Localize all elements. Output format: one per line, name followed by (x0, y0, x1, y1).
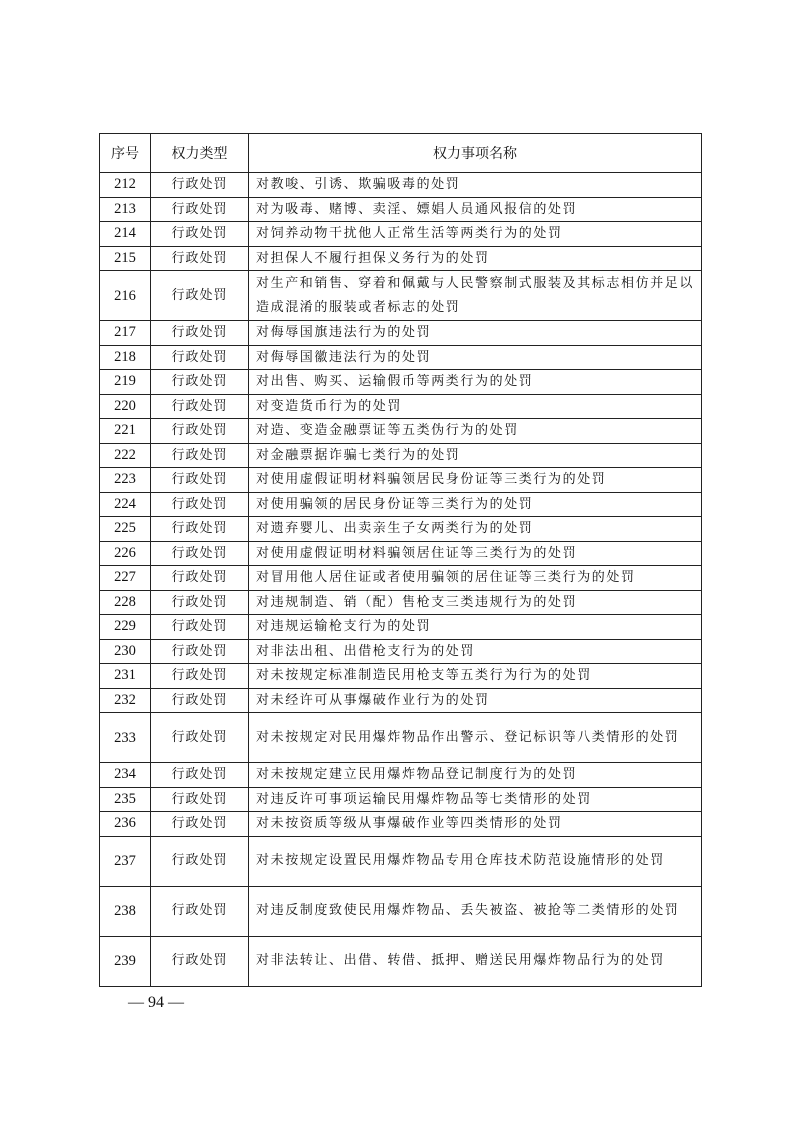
power-item-name-cell: 对担保人不履行担保义务行为的处罚 (249, 246, 702, 271)
power-item-name-cell: 对未按规定对民用爆炸物品作出警示、登记标识等八类情形的处罚 (249, 713, 702, 763)
power-item-name-cell: 对违规制造、销（配）售枪支三类违规行为的处罚 (249, 590, 702, 615)
header-power-item-name: 权力事项名称 (249, 134, 702, 173)
power-item-name-cell: 对非法转让、出借、转借、抵押、赠送民用爆炸物品行为的处罚 (249, 936, 702, 986)
table-row: 218行政处罚对侮辱国徽违法行为的处罚 (100, 345, 702, 370)
serial-number-cell: 233 (100, 713, 151, 763)
serial-number-cell: 225 (100, 517, 151, 542)
power-type-cell: 行政处罚 (151, 541, 249, 566)
table-row: 232行政处罚对未经许可从事爆破作业行为的处罚 (100, 688, 702, 713)
power-item-name-cell: 对教唆、引诱、欺骗吸毒的处罚 (249, 173, 702, 198)
table-row: 221行政处罚对造、变造金融票证等五类伪行为的处罚 (100, 419, 702, 444)
table-row: 213行政处罚对为吸毒、赌博、卖淫、嫖娼人员通风报信的处罚 (100, 197, 702, 222)
page-number: — 94 — (128, 994, 184, 1012)
table-row: 236行政处罚对未按资质等级从事爆破作业等四类情形的处罚 (100, 812, 702, 837)
power-item-name-cell: 对出售、购买、运输假币等两类行为的处罚 (249, 370, 702, 395)
power-type-cell: 行政处罚 (151, 271, 249, 321)
power-type-cell: 行政处罚 (151, 639, 249, 664)
power-type-cell: 行政处罚 (151, 321, 249, 346)
power-item-name-cell: 对违规运输枪支行为的处罚 (249, 615, 702, 640)
serial-number-cell: 214 (100, 222, 151, 247)
power-item-name-cell: 对使用虚假证明材料骗领居住证等三类行为的处罚 (249, 541, 702, 566)
serial-number-cell: 238 (100, 886, 151, 936)
power-type-cell: 行政处罚 (151, 246, 249, 271)
table-row: 235行政处罚对违反许可事项运输民用爆炸物品等七类情形的处罚 (100, 787, 702, 812)
header-power-type: 权力类型 (151, 134, 249, 173)
serial-number-cell: 213 (100, 197, 151, 222)
power-type-cell: 行政处罚 (151, 222, 249, 247)
power-type-cell: 行政处罚 (151, 836, 249, 886)
table-row: 233行政处罚对未按规定对民用爆炸物品作出警示、登记标识等八类情形的处罚 (100, 713, 702, 763)
table-row: 212行政处罚对教唆、引诱、欺骗吸毒的处罚 (100, 173, 702, 198)
power-type-cell: 行政处罚 (151, 615, 249, 640)
serial-number-cell: 231 (100, 664, 151, 689)
serial-number-cell: 237 (100, 836, 151, 886)
table-row: 215行政处罚对担保人不履行担保义务行为的处罚 (100, 246, 702, 271)
power-item-name-cell: 对违反制度致使民用爆炸物品、丢失被盗、被抢等二类情形的处罚 (249, 886, 702, 936)
power-type-cell: 行政处罚 (151, 345, 249, 370)
serial-number-cell: 221 (100, 419, 151, 444)
power-item-name-cell: 对造、变造金融票证等五类伪行为的处罚 (249, 419, 702, 444)
power-type-cell: 行政处罚 (151, 664, 249, 689)
table-row: 214行政处罚对饲养动物干扰他人正常生活等两类行为的处罚 (100, 222, 702, 247)
table-row: 229行政处罚对违规运输枪支行为的处罚 (100, 615, 702, 640)
power-item-name-cell: 对遗弃婴儿、出卖亲生子女两类行为的处罚 (249, 517, 702, 542)
power-type-cell: 行政处罚 (151, 394, 249, 419)
power-item-name-cell: 对未按规定标准制造民用枪支等五类行为行为的处罚 (249, 664, 702, 689)
table-row: 220行政处罚对变造货币行为的处罚 (100, 394, 702, 419)
power-type-cell: 行政处罚 (151, 787, 249, 812)
power-item-name-cell: 对侮辱国徽违法行为的处罚 (249, 345, 702, 370)
serial-number-cell: 215 (100, 246, 151, 271)
power-item-name-cell: 对使用虚假证明材料骗领居民身份证等三类行为的处罚 (249, 468, 702, 493)
table-row: 222行政处罚对金融票据诈骗七类行为的处罚 (100, 443, 702, 468)
serial-number-cell: 230 (100, 639, 151, 664)
power-type-cell: 行政处罚 (151, 812, 249, 837)
serial-number-cell: 234 (100, 763, 151, 788)
power-item-name-cell: 对变造货币行为的处罚 (249, 394, 702, 419)
serial-number-cell: 236 (100, 812, 151, 837)
power-type-cell: 行政处罚 (151, 468, 249, 493)
serial-number-cell: 216 (100, 271, 151, 321)
table-row: 234行政处罚对未按规定建立民用爆炸物品登记制度行为的处罚 (100, 763, 702, 788)
power-type-cell: 行政处罚 (151, 197, 249, 222)
serial-number-cell: 212 (100, 173, 151, 198)
serial-number-cell: 219 (100, 370, 151, 395)
power-item-name-cell: 对冒用他人居住证或者使用骗领的居住证等三类行为的处罚 (249, 566, 702, 591)
header-serial-number: 序号 (100, 134, 151, 173)
power-type-cell: 行政处罚 (151, 763, 249, 788)
table-header-row: 序号 权力类型 权力事项名称 (100, 134, 702, 173)
table-row: 227行政处罚对冒用他人居住证或者使用骗领的居住证等三类行为的处罚 (100, 566, 702, 591)
power-item-name-cell: 对侮辱国旗违法行为的处罚 (249, 321, 702, 346)
table-row: 217行政处罚对侮辱国旗违法行为的处罚 (100, 321, 702, 346)
power-type-cell: 行政处罚 (151, 517, 249, 542)
serial-number-cell: 227 (100, 566, 151, 591)
serial-number-cell: 223 (100, 468, 151, 493)
table-row: 231行政处罚对未按规定标准制造民用枪支等五类行为行为的处罚 (100, 664, 702, 689)
table-row: 238行政处罚对违反制度致使民用爆炸物品、丢失被盗、被抢等二类情形的处罚 (100, 886, 702, 936)
table-row: 219行政处罚对出售、购买、运输假币等两类行为的处罚 (100, 370, 702, 395)
power-type-cell: 行政处罚 (151, 370, 249, 395)
table-row: 224行政处罚对使用骗领的居民身份证等三类行为的处罚 (100, 492, 702, 517)
power-type-cell: 行政处罚 (151, 173, 249, 198)
power-type-cell: 行政处罚 (151, 713, 249, 763)
power-item-name-cell: 对金融票据诈骗七类行为的处罚 (249, 443, 702, 468)
power-item-name-cell: 对未按资质等级从事爆破作业等四类情形的处罚 (249, 812, 702, 837)
power-type-cell: 行政处罚 (151, 443, 249, 468)
power-type-cell: 行政处罚 (151, 688, 249, 713)
serial-number-cell: 217 (100, 321, 151, 346)
power-type-cell: 行政处罚 (151, 590, 249, 615)
power-item-name-cell: 对非法出租、出借枪支行为的处罚 (249, 639, 702, 664)
table-row: 225行政处罚对遗弃婴儿、出卖亲生子女两类行为的处罚 (100, 517, 702, 542)
power-type-cell: 行政处罚 (151, 936, 249, 986)
serial-number-cell: 222 (100, 443, 151, 468)
serial-number-cell: 239 (100, 936, 151, 986)
table-row: 230行政处罚对非法出租、出借枪支行为的处罚 (100, 639, 702, 664)
table-row: 226行政处罚对使用虚假证明材料骗领居住证等三类行为的处罚 (100, 541, 702, 566)
serial-number-cell: 229 (100, 615, 151, 640)
power-item-name-cell: 对为吸毒、赌博、卖淫、嫖娼人员通风报信的处罚 (249, 197, 702, 222)
power-type-cell: 行政处罚 (151, 566, 249, 591)
serial-number-cell: 235 (100, 787, 151, 812)
serial-number-cell: 232 (100, 688, 151, 713)
table-row: 239行政处罚对非法转让、出借、转借、抵押、赠送民用爆炸物品行为的处罚 (100, 936, 702, 986)
power-type-cell: 行政处罚 (151, 886, 249, 936)
serial-number-cell: 218 (100, 345, 151, 370)
power-type-cell: 行政处罚 (151, 419, 249, 444)
power-item-name-cell: 对使用骗领的居民身份证等三类行为的处罚 (249, 492, 702, 517)
power-item-name-cell: 对未按规定设置民用爆炸物品专用仓库技术防范设施情形的处罚 (249, 836, 702, 886)
table-row: 228行政处罚对违规制造、销（配）售枪支三类违规行为的处罚 (100, 590, 702, 615)
table-row: 216行政处罚对生产和销售、穿着和佩戴与人民警察制式服装及其标志相仿并足以造成混… (100, 271, 702, 321)
table-row: 223行政处罚对使用虚假证明材料骗领居民身份证等三类行为的处罚 (100, 468, 702, 493)
serial-number-cell: 220 (100, 394, 151, 419)
power-item-name-cell: 对违反许可事项运输民用爆炸物品等七类情形的处罚 (249, 787, 702, 812)
serial-number-cell: 224 (100, 492, 151, 517)
table-row: 237行政处罚对未按规定设置民用爆炸物品专用仓库技术防范设施情形的处罚 (100, 836, 702, 886)
power-item-name-cell: 对生产和销售、穿着和佩戴与人民警察制式服装及其标志相仿并足以造成混淆的服装或者标… (249, 271, 702, 321)
power-list-table: 序号 权力类型 权力事项名称 212行政处罚对教唆、引诱、欺骗吸毒的处罚213行… (99, 133, 702, 987)
serial-number-cell: 226 (100, 541, 151, 566)
power-type-cell: 行政处罚 (151, 492, 249, 517)
serial-number-cell: 228 (100, 590, 151, 615)
power-item-name-cell: 对未经许可从事爆破作业行为的处罚 (249, 688, 702, 713)
power-item-name-cell: 对未按规定建立民用爆炸物品登记制度行为的处罚 (249, 763, 702, 788)
power-item-name-cell: 对饲养动物干扰他人正常生活等两类行为的处罚 (249, 222, 702, 247)
